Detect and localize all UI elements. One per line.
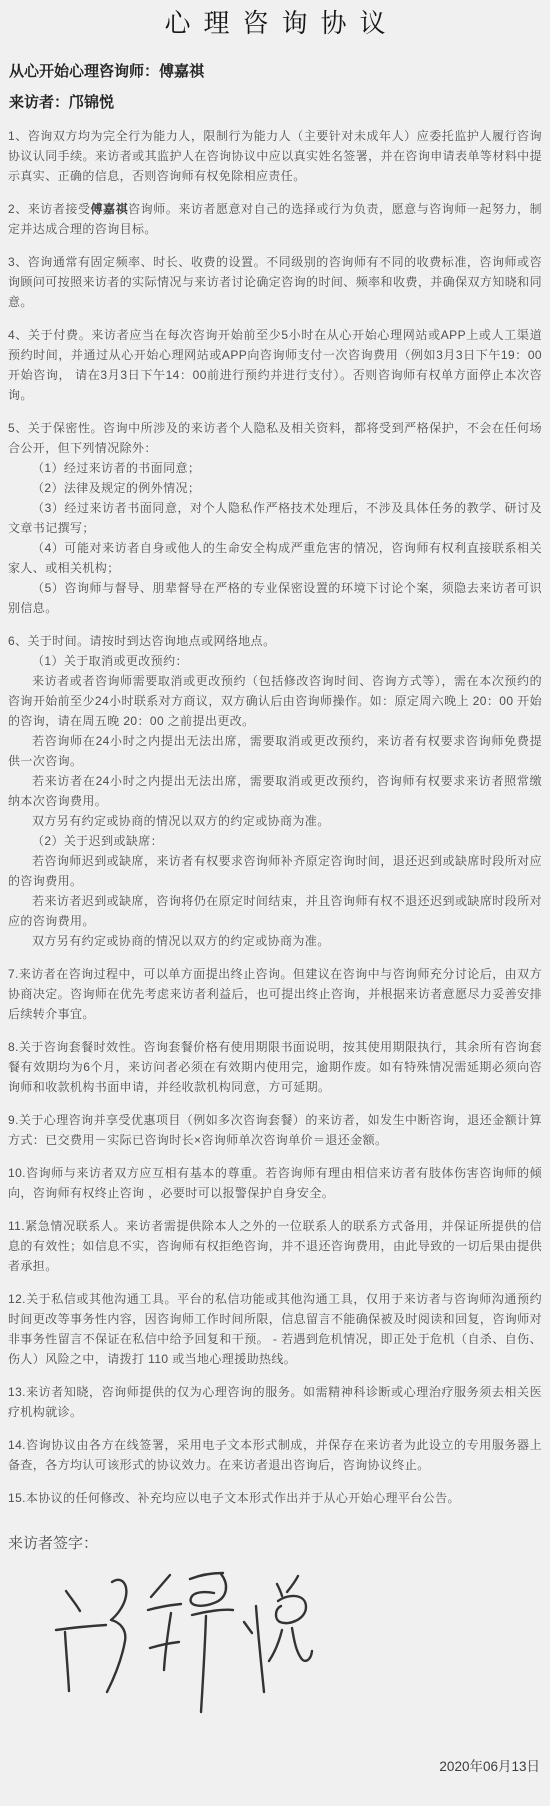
clause-text: （4）可能对来访者自身或他人的生命安全构成严重危害的情况，咨询师有权利直接联系相… — [8, 541, 542, 575]
date-text: 2020年06月13日 — [8, 1758, 540, 1776]
clause-text: （1）经过来访者的书面同意； — [32, 461, 200, 475]
clauses-container: 1、咨询双方均为完全行为能力人，限制行为能力人（主要针对未成年人）应委托监护人履… — [8, 126, 542, 1508]
clause-text: 7.来访者在咨询过程中，可以单方面提出终止咨询。但建议在咨询中与咨询师充分讨论后… — [8, 967, 542, 1021]
signature-stroke — [148, 1604, 181, 1610]
signature-stroke — [107, 1580, 126, 1692]
signature-stroke — [292, 1628, 312, 1661]
clause-text: 2、来访者接受 — [8, 202, 91, 216]
clause-paragraph: 12.关于私信或其他沟通工具。平台的私信功能或其他沟通工具，仅用于来访者与咨询师… — [8, 1289, 542, 1369]
clause-sub-item: 若来访者迟到或缺席，咨询将仍在原定时间结束，并且咨询师有权不退还迟到或缺席时段所… — [8, 891, 542, 931]
clause-paragraph: 1、咨询双方均为完全行为能力人，限制行为能力人（主要针对未成年人）应委托监护人履… — [8, 126, 542, 186]
clause-text: 若来访者迟到或缺席，咨询将仍在原定时间结束，并且咨询师有权不退还迟到或缺席时段所… — [8, 894, 542, 928]
clause-sub-item: 双方另有约定或协商的情况以双方的约定或协商为准。 — [8, 931, 542, 951]
signature-stroke — [66, 1591, 80, 1611]
signature-stroke — [287, 1576, 298, 1592]
clause-sub-item: 双方另有约定或协商的情况以双方的约定或协商为准。 — [8, 811, 542, 831]
signature-stroke — [65, 1632, 69, 1691]
clause-paragraph: 8.关于咨询套餐时效性。咨询套餐价格有使用期限书面说明，按其使用期限执行，其余所… — [8, 1037, 542, 1097]
clause-sub-item: （3）经过来访者书面同意，对个人隐私作严格技术处理后，不涉及具体任务的教学、研讨… — [8, 498, 542, 538]
clause-sub-item: （5）咨询师与督导、朋辈督导在严格的专业保密设置的环境下讨论个案，须隐去来访者可… — [8, 578, 542, 618]
clause-text: 若咨询师迟到或缺席，来访者有权要求咨询师补齐原定咨询时间，退还迟到或缺席时段所对… — [8, 854, 542, 888]
counselor-name: 傅嘉祺 — [159, 63, 204, 80]
signature-stroke — [150, 1642, 179, 1648]
counselor-line: 从心开始心理咨询师：傅嘉祺 — [8, 62, 542, 82]
clause-paragraph: 14.咨询协议由各方在线签署，采用电子文本形式制成，并保存在来访者为此设立的专用… — [8, 1435, 542, 1475]
clause-sub-item: （2）法律及规定的例外情况； — [8, 478, 542, 498]
clause-paragraph: 11.紧急情况联系人。来访者需提供除本人之外的一位联系人的联系方式备用，并保证所… — [8, 1216, 542, 1276]
visitor-line: 来访者：邝锦悦 — [8, 93, 542, 113]
clause-paragraph: 9.关于心理咨询并享受优惠项目（例如多次咨询套餐）的来访者，如发生中断咨询，退还… — [8, 1110, 542, 1150]
clause-text: 5、关于保密性。咨询中所涉及的来访者个人隐私及相关资料，都将受到严格保护，不会在… — [8, 421, 542, 455]
clause-sub-item: 来访者或者咨询师需要取消或更改预约（包括修改咨询时间、咨询方式等），需在本次预约… — [8, 671, 542, 731]
clause-text: 双方另有约定或协商的情况以双方的约定或协商为准。 — [32, 934, 330, 948]
signature-stroke — [269, 1630, 282, 1661]
visitor-name: 邝锦悦 — [69, 94, 114, 111]
clause-text: 10.咨询师与来访者双方应互相有基本的尊重。若咨询师有理由相信来访者有肢体伤害咨… — [8, 1166, 542, 1200]
clause-text: 若来访者在24小时之内提出无法出席，需要取消或更改预约，咨询师有权要求来访者照常… — [8, 774, 542, 808]
visitor-label: 来访者： — [9, 94, 69, 111]
clause-text: 双方另有约定或协商的情况以双方的约定或协商为准。 — [32, 814, 330, 828]
clause-text: （5）咨询师与督导、朋辈督导在严格的专业保密设置的环境下讨论个案，须隐去来访者可… — [8, 581, 542, 615]
counselor-label: 从心开始心理咨询师： — [9, 63, 159, 80]
clause-text: 14.咨询协议由各方在线签署，采用电子文本形式制成，并保存在来访者为此设立的专用… — [8, 1438, 542, 1472]
signature-label: 来访者签字： — [8, 1534, 542, 1554]
signature-stroke — [277, 1584, 282, 1596]
signature-stroke — [192, 1610, 233, 1615]
clause-sub-item: 若咨询师迟到或缺席，来访者有权要求咨询师补齐原定咨询时间，退还迟到或缺席时段所对… — [8, 851, 542, 891]
signature-stroke — [151, 1575, 170, 1597]
clause-paragraph: 6、关于时间。请按时到达咨询地点或网络地点。 — [8, 631, 542, 651]
clause-text: 3、咨询通常有固定频率、时长、收费的设置。不同级别的咨询师有不同的收费标准，咨询… — [8, 255, 542, 309]
clause-text: 11.紧急情况联系人。来访者需提供除本人之外的一位联系人的联系方式备用，并保证所… — [8, 1219, 542, 1273]
clause-paragraph: 2、来访者接受傅嘉祺咨询师。来访者愿意对自己的选择或行为负责，愿意与咨询师一起努… — [8, 199, 542, 239]
clause-sub-item: （4）可能对来访者自身或他人的生命安全构成严重危害的情况，咨询师有权利直接联系相… — [8, 538, 542, 578]
clause-text: 15.本协议的任何修改、补充均应以电子文本形式作出并于从心开始心理平台公告。 — [8, 1491, 460, 1505]
clause-text: （2）法律及规定的例外情况； — [32, 481, 200, 495]
page-title: 心理咨询协议 — [8, 6, 542, 40]
clause-paragraph: 5、关于保密性。咨询中所涉及的来访者个人隐私及相关资料，都将受到严格保护，不会在… — [8, 418, 542, 458]
clause-text: （3）经过来访者书面同意，对个人隐私作严格技术处理后，不涉及具体任务的教学、研讨… — [8, 501, 542, 535]
signature-stroke — [244, 1622, 252, 1633]
clause-sub-item: （1）经过来访者的书面同意； — [8, 458, 542, 478]
signature-stroke — [201, 1616, 206, 1712]
signature-stroke — [276, 1596, 306, 1623]
clause-text: 若咨询师在24小时之内提出无法出席，需要取消或更改预约，来访者有权要求咨询师免费… — [8, 734, 542, 768]
clause-sub-item: （2）关于迟到或缺席： — [8, 831, 542, 851]
signature-strokes — [28, 1560, 328, 1732]
clause-text: 来访者或者咨询师需要取消或更改预约（包括修改咨询时间、咨询方式等），需在本次预约… — [8, 674, 542, 728]
signature — [28, 1560, 328, 1732]
signature-stroke — [191, 1574, 226, 1606]
clause-text: 4、关于付费。来访者应当在每次咨询开始前至少5小时在从心开始心理网站或APP上或… — [8, 328, 542, 402]
clause-paragraph: 13.来访者知晓，咨询师提供的仅为心理咨询的服务。如需精神科诊断或心理治疗服务须… — [8, 1382, 542, 1422]
clause-text: （2）关于迟到或缺席： — [32, 834, 163, 848]
agreement-document: 心理咨询协议 从心开始心理咨询师：傅嘉祺 来访者：邝锦悦 1、咨询双方均为完全行… — [0, 0, 550, 1806]
clause-sub-item: 若来访者在24小时之内提出无法出席，需要取消或更改预约，咨询师有权要求来访者照常… — [8, 771, 542, 811]
clause-paragraph: 4、关于付费。来访者应当在每次咨询开始前至少5小时在从心开始心理网站或APP上或… — [8, 325, 542, 405]
clause-text: （1）关于取消或更改预约： — [32, 654, 188, 668]
clause-paragraph: 3、咨询通常有固定频率、时长、收费的设置。不同级别的咨询师有不同的收费标准，咨询… — [8, 252, 542, 312]
clause-sub-item: （1）关于取消或更改预约： — [8, 651, 542, 671]
clause-text: 9.关于心理咨询并享受优惠项目（例如多次咨询套餐）的来访者，如发生中断咨询，退还… — [8, 1113, 542, 1147]
signature-stroke — [256, 1606, 264, 1692]
signature-stroke — [164, 1613, 171, 1670]
signature-stroke — [56, 1625, 106, 1630]
clause-paragraph: 15.本协议的任何修改、补充均应以电子文本形式作出并于从心开始心理平台公告。 — [8, 1488, 542, 1508]
clause-text: 1、咨询双方均为完全行为能力人，限制行为能力人（主要针对未成年人）应委托监护人履… — [8, 129, 542, 183]
counselor-name-inline: 傅嘉祺 — [91, 202, 129, 216]
clause-paragraph: 7.来访者在咨询过程中，可以单方面提出终止咨询。但建议在咨询中与咨询师充分讨论后… — [8, 964, 542, 1024]
clause-text: 12.关于私信或其他沟通工具。平台的私信功能或其他沟通工具，仅用于来访者与咨询师… — [8, 1292, 542, 1366]
signature-stroke — [190, 1573, 223, 1579]
clause-paragraph: 10.咨询师与来访者双方应互相有基本的尊重。若咨询师有理由相信来访者有肢体伤害咨… — [8, 1163, 542, 1203]
clause-sub-item: 若咨询师在24小时之内提出无法出席，需要取消或更改预约，来访者有权要求咨询师免费… — [8, 731, 542, 771]
clause-text: 8.关于咨询套餐时效性。咨询套餐价格有使用期限书面说明，按其使用期限执行，其余所… — [8, 1040, 542, 1094]
clause-text: 13.来访者知晓，咨询师提供的仅为心理咨询的服务。如需精神科诊断或心理治疗服务须… — [8, 1385, 542, 1419]
clause-text: 6、关于时间。请按时到达咨询地点或网络地点。 — [8, 634, 275, 648]
